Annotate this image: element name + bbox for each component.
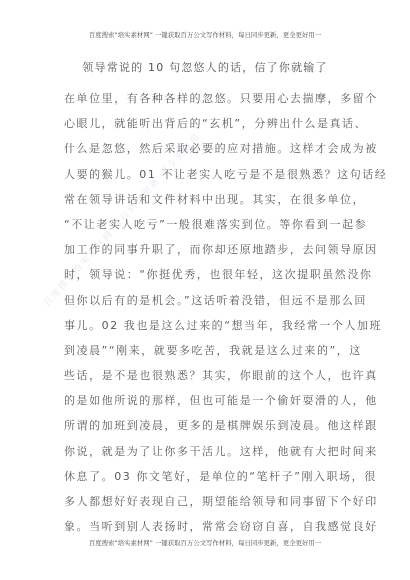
body-line: 人要的猴儿。01 不让老实人吃亏是不是很熟悉？这句话经 bbox=[64, 166, 346, 191]
body-line: 些话，是不是也很熟悉？其实，你眼前的这个人，也许真 bbox=[64, 367, 346, 392]
document-title: 领导常说的 10 句忽悠人的话，信了你就输了 bbox=[0, 59, 410, 75]
body-line: 在单位里，有各种各样的忽悠。只要用心去揣摩，多留个 bbox=[64, 90, 346, 115]
body-line: 但你以后有的是机会。”这话听着没错，但远不是那么回 bbox=[64, 292, 346, 317]
body-line: 多人都想好好表现自己，期望能给领导和同事留下个好印 bbox=[64, 493, 346, 518]
document-page: 百度搜索“培实素材网” 一键获取百万公文写作材料，每日同步更新，更全更好用一 领… bbox=[0, 0, 410, 580]
body-line: 休息了。03 你文笔好，是单位的“笔杆子”刚入职场，很 bbox=[64, 468, 346, 493]
body-line: 你说，就是为了让你多干活儿。这样，他就有大把时间来 bbox=[64, 443, 346, 468]
body-line: 时，领导说：“你挺优秀，也很年轻，这次提职虽然没你 bbox=[64, 266, 346, 291]
body-line: 加工作的同事升职了，而你却还原地踏步，去问领导原因 bbox=[64, 241, 346, 266]
document-body: 在单位里，有各种各样的忽悠。只要用心去揣摩，多留个 心眼儿，就能听出背后的“玄机… bbox=[64, 90, 346, 543]
body-line: 所谓的加班到凌晨，更多的是棋牌娱乐到凌晨。他这样跟 bbox=[64, 417, 346, 442]
body-line: 常在领导讲话和文件材料中出现。其实，在很多单位， bbox=[64, 191, 346, 216]
body-line: 到凌晨”“刚来，就要多吃苦，我就是这么过来的”，这 bbox=[64, 342, 346, 367]
footer-note: 百度搜索“培实素材网” 一键获取百万公文写作材料，每日同步更新，更全更好用一 bbox=[0, 538, 410, 547]
body-line: 什么是忽悠，然后采取必要的应对措施。这样才会成为被 bbox=[64, 140, 346, 165]
body-line: “不让老实人吃亏”一般很难落实到位。等你看到一起参 bbox=[64, 216, 346, 241]
body-line: 心眼儿，就能听出背后的“玄机”，分辨出什么是真话、 bbox=[64, 115, 346, 140]
body-line: 的是如他所说的那样，但也可能是一个偷奸耍滑的人，他 bbox=[64, 392, 346, 417]
body-line: 事儿。02 我也是这么过来的“想当年，我经常一个人加班 bbox=[64, 317, 346, 342]
header-note: 百度搜索“培实素材网” 一键获取百万公文写作材料，每日同步更新，更全更好用一 bbox=[0, 30, 410, 39]
